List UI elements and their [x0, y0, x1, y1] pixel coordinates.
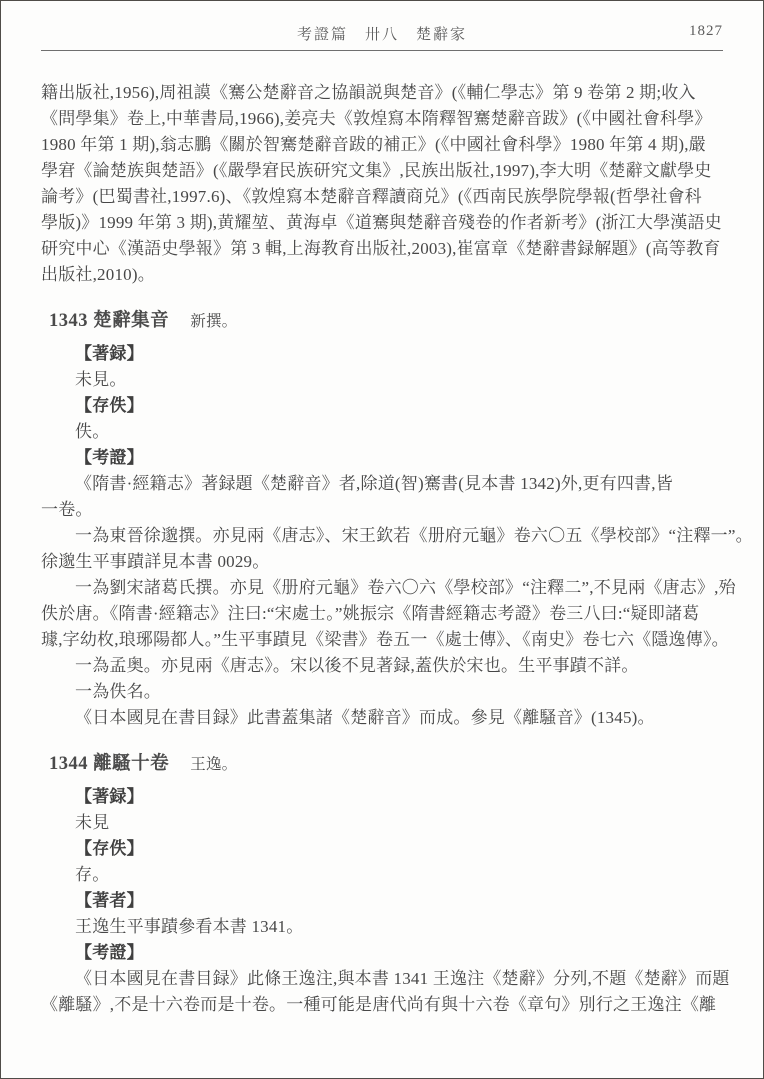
text-line: 璩,字幼枚,琅琊陽都人。”生平事蹟見《梁書》卷五一《處士傳》、《南史》卷七六《隱…	[41, 627, 723, 653]
entry-title: 離騷十卷	[93, 754, 169, 774]
entry-number: 1343	[49, 311, 88, 331]
text-line: 出版社,2010)。	[41, 262, 723, 288]
section-label-kaozheng: 【考證】	[41, 940, 723, 966]
text-line: 一為孟奥。亦見兩《唐志》。宋以後不見著録,蓋佚於宋也。生平事蹟不詳。	[41, 653, 723, 679]
entry-title: 楚辭集音	[93, 311, 169, 331]
text-line: 一為劉宋諸葛氏撰。亦見《册府元龜》卷六〇六《學校部》“注釋二”,不見兩《唐志》,…	[41, 575, 723, 601]
entry-1343: 1343 楚辭集音 新撰。 【著録】 未見。 【存佚】 佚。 【考證】 《隋書·…	[41, 308, 723, 731]
running-header-title: 考證篇 卅八 楚辭家	[41, 23, 723, 44]
section-label-zhulu: 【著録】	[41, 784, 723, 810]
section-label-zhulu: 【著録】	[41, 341, 723, 367]
section-label-zhuzhe: 【著者】	[41, 888, 723, 914]
section-value: 未見	[41, 810, 723, 836]
entry-1344: 1344 離騷十卷 王逸。 【著録】 未見 【存佚】 存。 【著者】 王逸生平事…	[41, 751, 723, 1018]
text-line: 《隋書·經籍志》著録題《楚辭音》者,除道(智)騫書(見本書 1342)外,更有四…	[41, 471, 723, 497]
section-label-cunyi: 【存佚】	[41, 836, 723, 862]
text-line: 1980 年第 1 期),翁志鵬《關於智騫楚辭音跋的補正》(《中國社會科學》19…	[41, 132, 723, 158]
continuation-paragraph: 籍出版社,1956),周祖謨《騫公楚辭音之協韻説與楚音》(《輔仁學志》第 9 卷…	[41, 80, 723, 288]
entry-heading: 1344 離騷十卷 王逸。	[49, 751, 723, 778]
page-body: 籍出版社,1956),周祖謨《騫公楚辭音之協韻説與楚音》(《輔仁學志》第 9 卷…	[41, 51, 723, 1018]
text-line: 籍出版社,1956),周祖謨《騫公楚辭音之協韻説與楚音》(《輔仁學志》第 9 卷…	[41, 80, 723, 106]
text-line: 一卷。	[41, 497, 723, 523]
text-line: 論考》(巴蜀書社,1997.6)、《敦煌寫本楚辭音釋讀商兑》(《西南民族學院學報…	[41, 184, 723, 210]
running-header: 考證篇 卅八 楚辭家 1827	[41, 1, 723, 43]
page-number: 1827	[689, 23, 723, 40]
section-label-kaozheng: 【考證】	[41, 445, 723, 471]
book-page: 考證篇 卅八 楚辭家 1827 籍出版社,1956),周祖謨《騫公楚辭音之協韻説…	[0, 0, 764, 1079]
entry-annotation: 王逸。	[190, 756, 237, 773]
text-line: 學版)》1999 年第 3 期),黄耀堃、黄海卓《道騫與楚辭音殘卷的作者新考》(…	[41, 210, 723, 236]
text-line: 《問學集》卷上,中華書局,1966),姜亮夫《敦煌寫本隋釋智騫楚辭音跋》(《中國…	[41, 106, 723, 132]
text-line: 佚於唐。《隋書·經籍志》注曰:“宋處士。”姚振宗《隋書經籍志考證》卷三八曰:“疑…	[41, 601, 723, 627]
section-value: 佚。	[41, 419, 723, 445]
entry-number: 1344	[49, 754, 88, 774]
text-line: 《離騷》,不是十六卷而是十卷。一種可能是唐代尚有與十六卷《章句》別行之王逸注《離	[41, 992, 723, 1018]
text-line: 一為佚名。	[41, 679, 723, 705]
text-line: 《日本國見在書目録》此書蓋集諸《楚辭音》而成。參見《離騷音》(1345)。	[41, 705, 723, 731]
text-line: 徐邈生平事蹟詳見本書 0029。	[41, 549, 723, 575]
text-line: 《日本國見在書目録》此條王逸注,與本書 1341 王逸注《楚辭》分列,不題《楚辭…	[41, 966, 723, 992]
section-value: 王逸生平事蹟參看本書 1341。	[41, 914, 723, 940]
section-label-cunyi: 【存佚】	[41, 393, 723, 419]
entry-annotation: 新撰。	[190, 313, 237, 330]
kaozheng-paragraphs: 《日本國見在書目録》此條王逸注,與本書 1341 王逸注《楚辭》分列,不題《楚辭…	[41, 966, 723, 1018]
section-value: 存。	[41, 862, 723, 888]
section-value: 未見。	[41, 367, 723, 393]
kaozheng-paragraphs: 《隋書·經籍志》著録題《楚辭音》者,除道(智)騫書(見本書 1342)外,更有四…	[41, 471, 723, 731]
text-line: 學宭《論楚族與楚語》(《嚴學宭民族研究文集》,民族出版社,1997),李大明《楚…	[41, 158, 723, 184]
text-line: 研究中心《漢語史學報》第 3 輯,上海教育出版社,2003),崔富章《楚辭書録解…	[41, 236, 723, 262]
entry-heading: 1343 楚辭集音 新撰。	[49, 308, 723, 335]
text-line: 一為東晉徐邈撰。亦見兩《唐志》、宋王欽若《册府元龜》卷六〇五《學校部》“注釋一”…	[41, 523, 723, 549]
